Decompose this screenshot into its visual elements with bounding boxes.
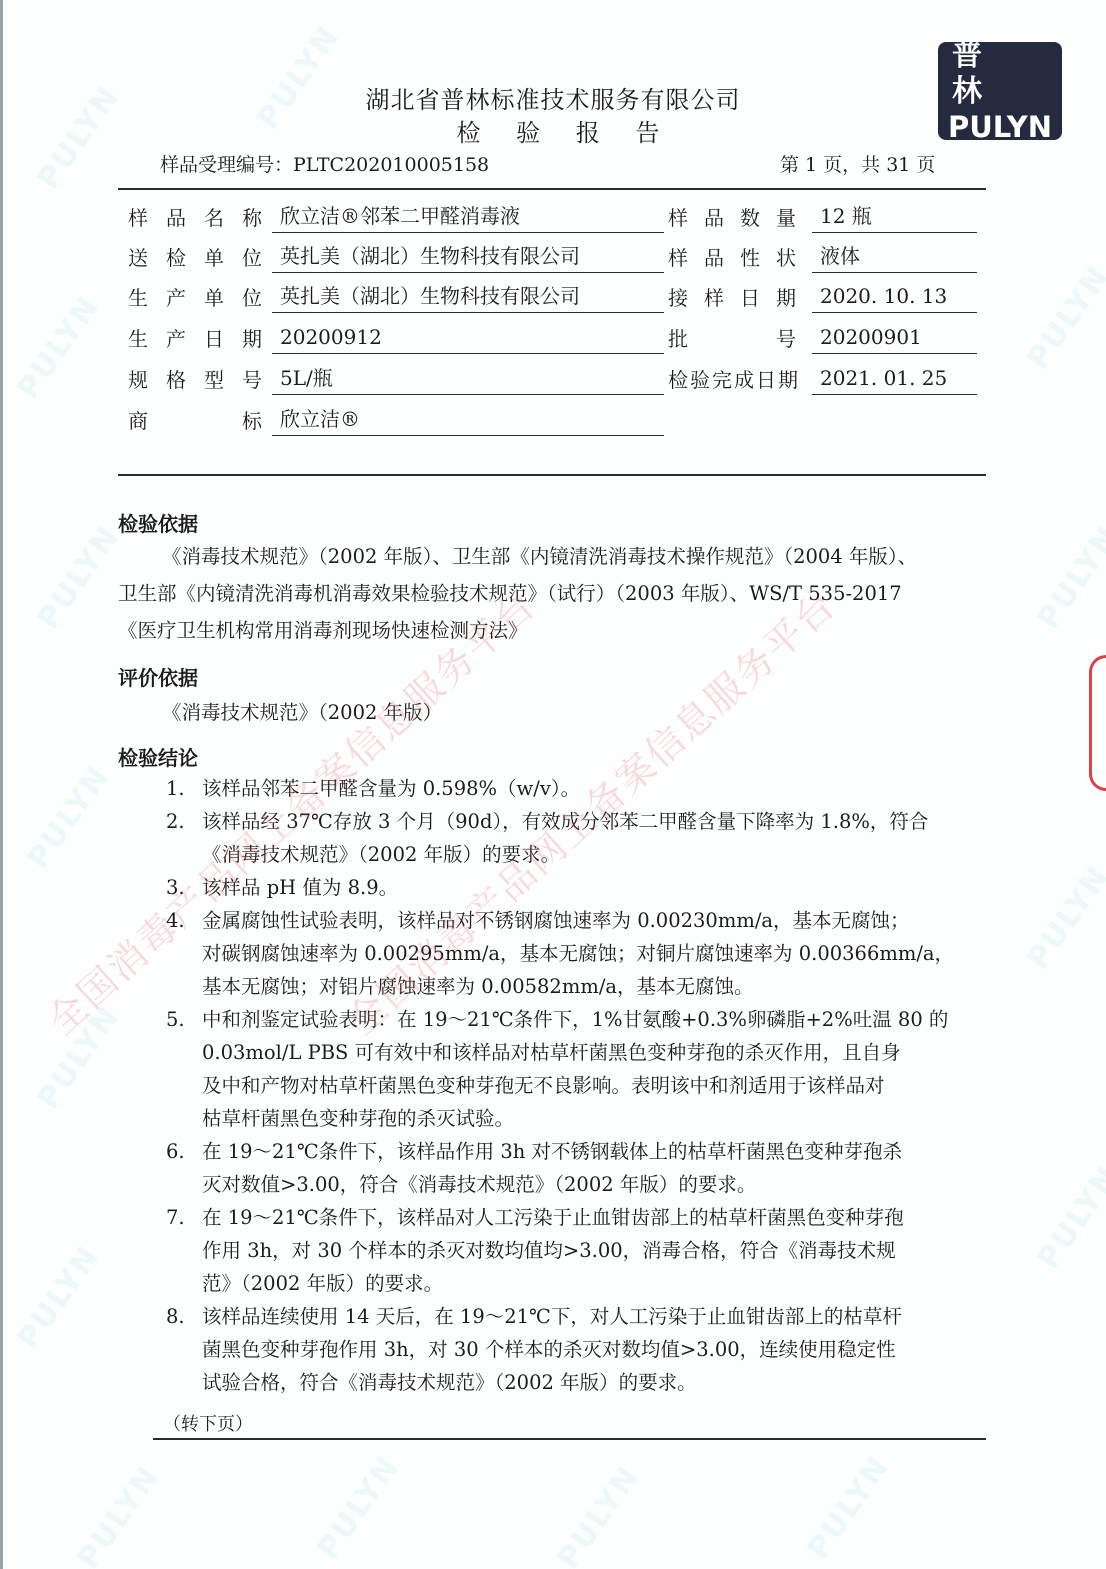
info-label: 样品名称 [128, 202, 264, 231]
info-row-batch: 批号 20200901 [668, 317, 798, 357]
basis-text: 《消毒技术规范》（2002 年版）、卫生部《内镜清洗消毒技术操作规范》（2004… [118, 538, 990, 649]
continued-note: （转下页） [163, 1410, 253, 1436]
info-row-submitter: 送检单位 英扎美（湖北）生物科技有限公司 [128, 236, 264, 276]
basis-title: 检验依据 [118, 508, 198, 537]
info-value: 欣立洁®邻苯二甲醛消毒液 [272, 200, 664, 233]
evaluation-title: 评价依据 [118, 662, 198, 691]
info-label: 检验完成日期 [668, 364, 798, 393]
seal-stamp-edge [1089, 655, 1106, 791]
conclusion-item: 8. 该样品连续使用 14 天后，在 19～21℃下，对人工污染于止血钳齿部上的… [166, 1300, 991, 1399]
info-label: 样品数量 [668, 202, 798, 231]
info-value: 20200901 [812, 321, 977, 354]
info-row-manufacturer: 生产单位 英扎美（湖北）生物科技有限公司 [128, 276, 264, 316]
company-name: 湖北省普林标准技术服务有限公司 [0, 80, 1106, 115]
info-label: 接样日期 [668, 282, 798, 311]
info-value: 5L/瓶 [272, 362, 664, 395]
info-value: 2020. 10. 13 [812, 280, 977, 313]
info-value: 20200912 [272, 321, 664, 354]
report-page: PULYN PULYN PULYN PULYN PULYN PULYN PULY… [0, 0, 1106, 1569]
info-row-received-date: 接样日期 2020. 10. 13 [668, 276, 798, 316]
info-row-spec: 规格型号 5L/瓶 [128, 358, 264, 398]
info-value: 2021. 01. 25 [812, 362, 977, 395]
info-label: 样品性状 [668, 242, 798, 271]
report-title: 检 验 报 告 [0, 113, 1106, 148]
divider-bottom [153, 1438, 986, 1440]
info-value: 12 瓶 [812, 200, 977, 233]
conclusion-item: 4. 金属腐蚀性试验表明，该样品对不锈钢腐蚀速率为 0.00230mm/a，基本… [166, 904, 991, 1003]
conclusion-title: 检验结论 [118, 742, 198, 771]
page-info: 第 1 页，共 31 页 [780, 150, 935, 177]
info-label: 生产单位 [128, 282, 264, 311]
info-value: 欣立洁® [272, 403, 664, 436]
basis-line: 卫生部《内镜清洗消毒机消毒效果检验技术规范》（试行）（2003 年版）、WS/T… [118, 575, 990, 612]
info-row-state: 样品性状 液体 [668, 236, 798, 276]
conclusion-item: 6. 在 19～21℃条件下，该样品作用 3h 对不锈钢载体上的枯草杆菌黑色变种… [166, 1135, 991, 1201]
conclusion-item: 5. 中和剂鉴定试验表明：在 19～21℃条件下，1%甘氨酸+0.3%卵磷脂+2… [166, 1003, 991, 1135]
conclusion-item: 1. 该样品邻苯二甲醛含量为 0.598%（w/v）。 [166, 772, 991, 805]
sample-id: 样品受理编号：PLTC202010005158 [160, 150, 489, 177]
page-edge [0, 0, 3, 1569]
info-row-trademark: 商标 欣立洁® [128, 399, 264, 439]
info-value: 液体 [812, 240, 977, 273]
info-row-completion-date: 检验完成日期 2021. 01. 25 [668, 358, 798, 398]
info-value: 英扎美（湖北）生物科技有限公司 [272, 280, 664, 313]
basis-line: 《消毒技术规范》（2002 年版）、卫生部《内镜清洗消毒技术操作规范》（2004… [118, 538, 990, 575]
info-label: 送检单位 [128, 242, 264, 271]
info-label: 批号 [668, 323, 798, 352]
conclusion-item: 2. 该样品经 37℃存放 3 个月（90d），有效成分邻苯二甲醛含量下降率为 … [166, 805, 991, 871]
divider-top [118, 188, 986, 190]
info-row-quantity: 样品数量 12 瓶 [668, 196, 798, 236]
info-row-sample-name: 样品名称 欣立洁®邻苯二甲醛消毒液 [128, 196, 264, 236]
basis-line: 《医疗卫生机构常用消毒剂现场快速检测方法》 [118, 612, 990, 649]
sample-id-label: 样品受理编号： [160, 154, 293, 176]
conclusion-item: 3. 该样品 pH 值为 8.9。 [166, 871, 991, 904]
info-row-production-date: 生产日期 20200912 [128, 317, 264, 357]
conclusion-list: 1. 该样品邻苯二甲醛含量为 0.598%（w/v）。 2. 该样品经 37℃存… [166, 772, 991, 1399]
sample-id-value: PLTC202010005158 [293, 154, 489, 176]
info-value: 英扎美（湖北）生物科技有限公司 [272, 240, 664, 273]
info-label: 规格型号 [128, 364, 264, 393]
info-label: 生产日期 [128, 323, 264, 352]
divider-middle [118, 474, 986, 476]
evaluation-text: 《消毒技术规范》（2002 年版） [162, 694, 442, 731]
conclusion-item: 7. 在 19～21℃条件下，该样品对人工污染于止血钳齿部上的枯草杆菌黑色变种芽… [166, 1201, 991, 1300]
info-label: 商标 [128, 405, 264, 434]
